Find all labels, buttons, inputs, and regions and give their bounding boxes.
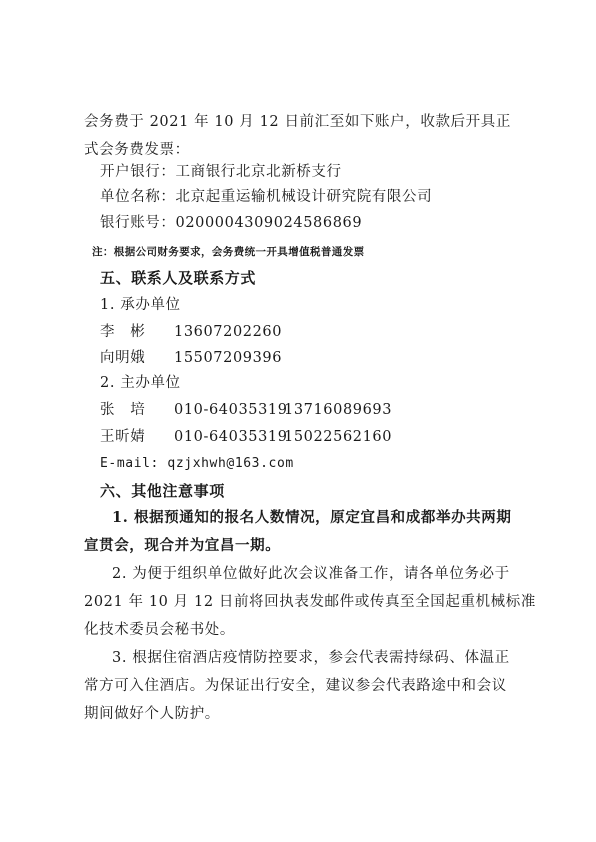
bank-value: 工商银行北京北新桥支行 — [176, 164, 342, 180]
section5-title: 五、联系人及联系方式 — [100, 268, 256, 288]
contact-email: E-mail: qzjxhwh@163.com — [100, 454, 294, 474]
contact-office-phone: 010-64035319 — [174, 400, 284, 420]
unit-value: 北京起重运输机械设计研究院有限公司 — [176, 189, 433, 205]
contact-name: 张 培 — [100, 400, 174, 420]
bank-row: 开户银行：工商银行北京北新桥支行 — [100, 162, 342, 182]
bank-label: 开户银行： — [100, 164, 176, 180]
note-item-3-line2: 常方可入住酒店。为保证出行安全，建议参会代表路途中和会议 — [84, 676, 507, 696]
payment-intro-line2: 式会务费发票： — [84, 140, 190, 160]
note-item-2-line2: 2021 年 10 月 12 日前将回执表发邮件或传真至全国起重机械标准 — [84, 592, 536, 612]
unit-row: 单位名称：北京起重运输机械设计研究院有限公司 — [100, 187, 432, 207]
contact-mobile: 13716089693 — [284, 400, 392, 420]
contact-name: 李 彬 — [100, 322, 174, 342]
contact-phone: 15507209396 — [174, 348, 282, 368]
section6-title: 六、其他注意事项 — [100, 481, 225, 501]
account-label: 银行账号： — [100, 215, 176, 231]
contact-row: 张 培010-6403531913716089693 — [100, 400, 392, 420]
note-item-1-line1: 1. 根据预通知的报名人数情况，原定宜昌和成都举办共两期 — [112, 508, 511, 528]
document-page: 会务费于 2021 年 10 月 12 日前汇至如下账户，收款后开具正 式会务费… — [0, 0, 596, 842]
note-item-3-line1: 3. 根据住宿酒店疫情防控要求，参会代表需持绿码、体温正 — [112, 648, 510, 668]
section5-sub1-title: 1. 承办单位 — [100, 295, 181, 315]
contact-phone: 13607202260 — [174, 322, 282, 342]
contact-mobile: 15022562160 — [284, 427, 392, 447]
contact-row: 王昕婧010-6403531915022562160 — [100, 427, 392, 447]
contact-row: 向明娥15507209396 — [100, 348, 282, 368]
account-value: 0200004309024586869 — [176, 215, 363, 231]
payment-intro-line1: 会务费于 2021 年 10 月 12 日前汇至如下账户，收款后开具正 — [84, 112, 511, 132]
note-item-1-line2: 宣贯会，现合并为宜昌一期。 — [84, 536, 280, 556]
section5-sub2-title: 2. 主办单位 — [100, 373, 181, 393]
contact-name: 向明娥 — [100, 348, 174, 368]
contact-row: 李 彬13607202260 — [100, 322, 282, 342]
note-item-2-line3: 化技术委员会秘书处。 — [84, 620, 235, 640]
note-item-2-line1: 2. 为便于组织单位做好此次会议准备工作，请各单位务必于 — [112, 564, 510, 584]
contact-office-phone: 010-64035319 — [174, 427, 284, 447]
unit-label: 单位名称： — [100, 189, 176, 205]
note-item-3-line3: 期间做好个人防护。 — [84, 704, 220, 724]
invoice-note: 注：根据公司财务要求，会务费统一开具增值税普通发票 — [92, 242, 365, 262]
account-row: 银行账号：0200004309024586869 — [100, 213, 362, 233]
contact-name: 王昕婧 — [100, 427, 174, 447]
